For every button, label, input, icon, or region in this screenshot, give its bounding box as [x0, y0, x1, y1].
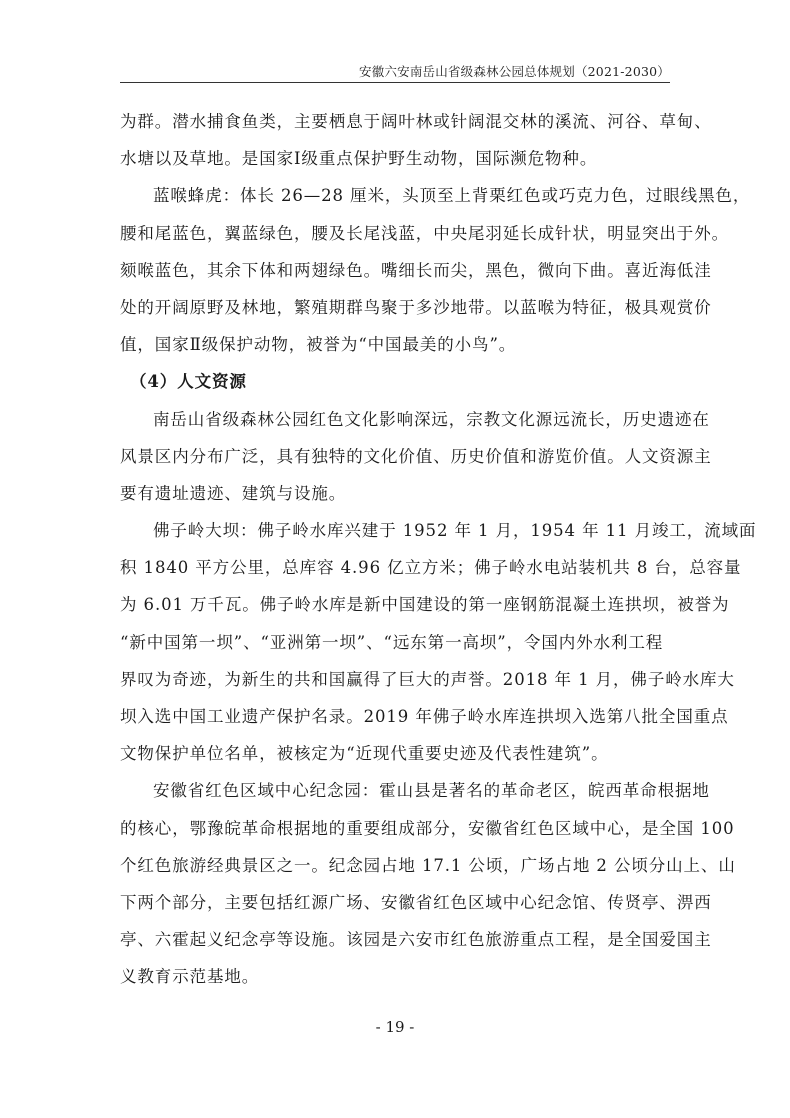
body-text: 为群。潜水捕食鱼类，主要栖息于阔叶林或针阔混交林的溪流、河谷、草甸、 水塘以及草… [120, 103, 675, 996]
text-line: 值，国家Ⅱ级保护动物，被誉为“中国最美的小鸟”。 [120, 326, 675, 363]
document-title: 安徽六安南岳山省级森林公园总体规划（2021-2030） [359, 65, 670, 79]
text-line: 风景区内分布广泛，具有独特的文化价值、历史价值和游览价值。人文资源主 [120, 438, 675, 475]
text-line: 界叹为奇迹，为新生的共和国赢得了巨大的声誉。2018 年 1 月，佛子岭水库大 [120, 661, 675, 698]
page-number: - 19 - [0, 1018, 790, 1036]
page-header: 安徽六安南岳山省级森林公园总体规划（2021-2030） [120, 60, 670, 83]
text-line: 义教育示范基地。 [120, 958, 675, 995]
text-line: 颏喉蓝色，其余下体和两翅绿色。嘴细长而尖，黑色，微向下曲。喜近海低洼 [120, 252, 675, 289]
text-line: 为 6.01 万千瓦。佛子岭水库是新中国建设的第一座钢筋混凝土连拱坝，被誉为 [120, 586, 675, 623]
paragraph-start-cultural-overview: 南岳山省级森林公园红色文化影响深远，宗教文化源远流长，历史遗迹在 [120, 401, 675, 438]
text-line: 的核心，鄂豫皖革命根据地的重要组成部分，安徽省红色区域中心，是全国 100 [120, 810, 675, 847]
text-line: 坝入选中国工业遗产保护名录。2019 年佛子岭水库连拱坝入选第八批全国重点 [120, 698, 675, 735]
text-line: 为群。潜水捕食鱼类，主要栖息于阔叶林或针阔混交林的溪流、河谷、草甸、 [120, 103, 675, 140]
paragraph-start-foziling-dam: 佛子岭大坝：佛子岭水库兴建于 1952 年 1 月，1954 年 11 月竣工，… [120, 512, 675, 549]
text-line: 处的开阔原野及林地，繁殖期群鸟聚于多沙地带。以蓝喉为特征，极具观赏价 [120, 289, 675, 326]
paragraph-start-red-memorial-park: 安徽省红色区域中心纪念园：霍山县是著名的革命老区，皖西革命根据地 [120, 772, 675, 809]
text-line: 个红色旅游经典景区之一。纪念园占地 17.1 公顷，广场占地 2 公顷分山上、山 [120, 847, 675, 884]
text-line: 要有遗址遗迹、建筑与设施。 [120, 475, 675, 512]
section-heading-cultural-resources: （4）人文资源 [120, 363, 675, 400]
text-line: 腰和尾蓝色，翼蓝绿色，腰及长尾浅蓝，中央尾羽延长成针状，明显突出于外。 [120, 215, 675, 252]
text-line: “新中国第一坝”、“亚洲第一坝”、“远东第一高坝”，令国内外水利工程 [120, 624, 675, 661]
text-line: 水塘以及草地。是国家Ⅰ级重点保护野生动物，国际濒危物种。 [120, 140, 675, 177]
paragraph-start-blue-throated-bee-eater: 蓝喉蜂虎：体长 26—28 厘米，头顶至上背栗红色或巧克力色，过眼线黑色， [120, 177, 675, 214]
text-line: 亭、六霍起义纪念亭等设施。该园是六安市红色旅游重点工程，是全国爱国主 [120, 921, 675, 958]
text-line: 积 1840 平方公里，总库容 4.96 亿立方米；佛子岭水电站装机共 8 台，… [120, 549, 675, 586]
text-line: 文物保护单位名单，被核定为“近现代重要史迹及代表性建筑”。 [120, 735, 675, 772]
text-line: 下两个部分，主要包括红源广场、安徽省红色区域中心纪念馆、传贤亭、淠西 [120, 884, 675, 921]
